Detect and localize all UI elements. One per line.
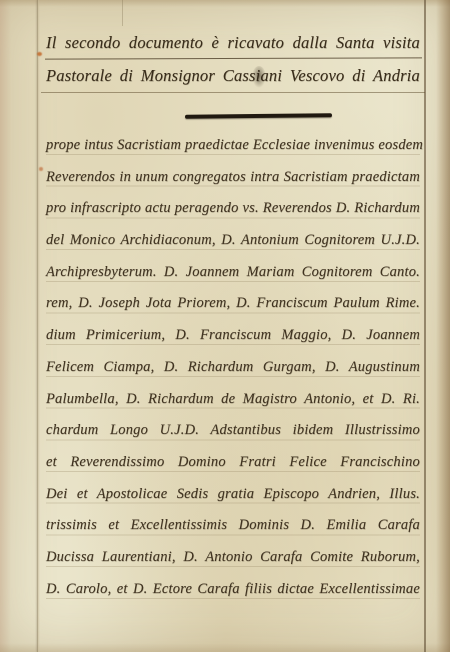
ink-blot [252,66,266,88]
body-line-12: Dei et Apostolicae Sedis gratia Episcopo… [46,479,420,511]
section-divider-stroke [185,113,332,119]
body-line-5: Archipresbyterum. D. Joannem Mariam Cogn… [46,257,420,289]
age-speck [39,167,43,171]
body-line-4: del Monico Archidiaconum, D. Antonium Co… [46,225,420,257]
right-margin-rule [424,0,426,652]
body-line-14: Ducissa Laurentiani, D. Antonio Carafa C… [46,542,420,574]
header-underline-2 [41,92,425,93]
header-line-1: Il secondo documento è ricavato dalla Sa… [46,26,420,59]
body-line-8: Felicem Ciampa, D. Richardum Gurgam, D. … [46,352,420,384]
page-edge-shadow [436,0,450,652]
body-line-3: pro infrascripto actu peragendo vs. Reve… [46,193,420,225]
body-line-15: D. Carolo, et D. Ectore Carafa filiis di… [46,574,420,606]
body-line-10: chardum Longo U.J.D. Adstantibus ibidem … [46,415,420,447]
body-line-1: prope intus Sacristiam praedictae Eccles… [46,130,420,162]
document-body: prope intus Sacristiam praedictae Eccles… [46,130,420,605]
age-speck [37,52,42,56]
body-line-2: Reverendos in unum congregatos intra Sac… [46,162,420,194]
manuscript-page: Il secondo documento è ricavato dalla Sa… [0,0,450,652]
body-line-7: dium Primicerium, D. Franciscum Maggio, … [46,320,420,352]
header-line-2: Pastorale di Monsignor Cassiani Vescovo … [46,59,420,92]
fold-mark [122,0,123,26]
body-line-9: Palumbella, D. Richardum de Magistro Ant… [46,384,420,416]
body-line-11: et Reverendissimo Domino Fratri Felice F… [46,447,420,479]
body-line-13: trissimis et Excellentissimis Dominis D.… [46,510,420,542]
body-line-6: rem, D. Joseph Jota Priorem, D. Francisc… [46,288,420,320]
left-margin-rule [37,0,38,652]
